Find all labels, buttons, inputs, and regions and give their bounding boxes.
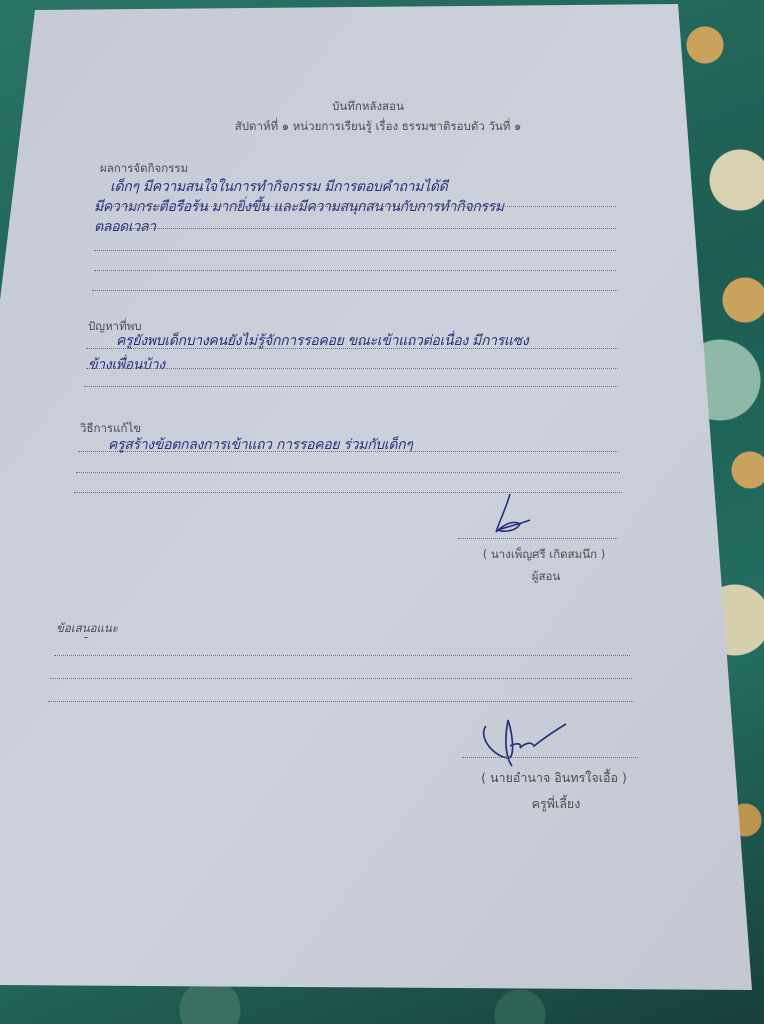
dotted-line bbox=[54, 655, 630, 656]
handwritten-line: ตลอดเวลา bbox=[94, 216, 156, 238]
teacher-name: ( นางเพ็ญศรี เกิดสมนึก ) bbox=[483, 546, 605, 564]
dotted-line bbox=[76, 472, 620, 473]
dotted-line bbox=[50, 678, 632, 679]
dotted-line bbox=[96, 206, 616, 207]
signature-icon bbox=[478, 712, 578, 772]
signature-icon bbox=[480, 490, 560, 540]
dotted-line bbox=[92, 290, 618, 291]
mentor-role: ครูพี่เลี้ยง bbox=[532, 794, 581, 814]
document-title: บันทึกหลังสอน bbox=[332, 98, 404, 116]
dotted-line bbox=[78, 451, 618, 452]
handwritten-line: มีความกระตือรือร้น มากยิ่งขึ้น และมีความ… bbox=[94, 196, 504, 218]
signature-line bbox=[458, 538, 618, 539]
signature-line bbox=[462, 757, 638, 758]
handwritten-line: เด็กๆ มีความสนใจในการทำกิจกรรม มีการตอบค… bbox=[110, 176, 447, 198]
document-page: บันทึกหลังสอน สัปดาห์ที่ ๑ หน่วยการเรียน… bbox=[0, 0, 764, 1024]
mentor-name: ( นายอำนาจ อินทรใจเอื้อ ) bbox=[481, 768, 627, 788]
document-subtitle: สัปดาห์ที่ ๑ หน่วยการเรียนรู้ เรื่อง ธรร… bbox=[235, 118, 522, 136]
teacher-role: ผู้สอน bbox=[532, 568, 561, 586]
handwritten-line: ข้างเพื่อนบ้าง bbox=[88, 354, 165, 376]
handwritten-line: ครูสร้างข้อตกลงการเข้าแถว การรอคอย ร่วมก… bbox=[108, 434, 413, 456]
dotted-line bbox=[96, 228, 616, 229]
suggestions-value: - bbox=[84, 630, 88, 644]
dotted-line bbox=[94, 250, 616, 251]
dotted-line bbox=[84, 386, 618, 387]
dotted-line bbox=[94, 270, 616, 271]
dotted-line bbox=[86, 368, 618, 369]
dotted-line bbox=[48, 701, 634, 702]
dotted-line bbox=[86, 348, 618, 349]
